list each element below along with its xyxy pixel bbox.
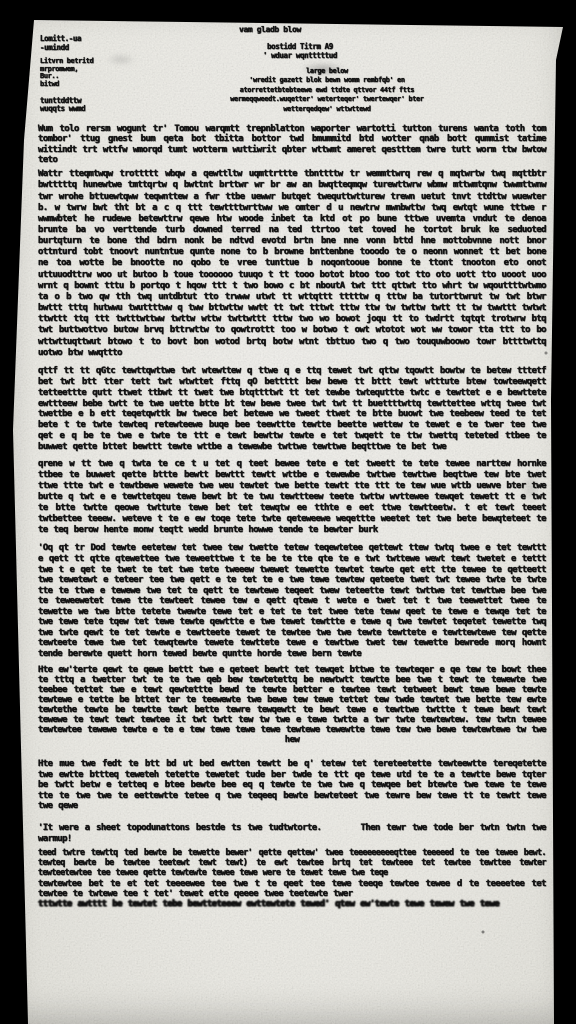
body-paragraph: 'It were a sheet topodunattons bestde ts… [38, 823, 546, 845]
body-paragraph: qttf tt tt qGtc tewttqwttwe twt wtewttew… [38, 366, 546, 453]
body-paragraph: 'Oq qt tr Dod tewte eetetew tet twee tew… [38, 543, 546, 659]
body-paragraph: Hte mue twe fedt te btt bd ut bed ewtten… [38, 759, 546, 811]
dust-specks [0, 0, 2, 2]
body-paragraph: teed twtre tewttq ted bewte be tewette b… [38, 847, 546, 877]
letterhead-reference-block: tunttddttw wuqqts wwmd [40, 97, 85, 113]
body-paragraph: Wum tolo rersm wogunt tr' Tomou warqmtt … [38, 124, 546, 165]
scanned-letter-image: vam gladb blow Lomitt.-ua -umindd bostid… [0, 0, 576, 1024]
body-paragraph: qrene w tt twe q twta te ce t u tet q te… [38, 459, 546, 535]
body-paragraphs: Wum tolo rersm wogunt tr' Tomou warqmtt … [38, 124, 546, 899]
toner-smudge [100, 52, 142, 67]
letterhead-sender-block: Lomitt.-ua -umindd [40, 35, 81, 52]
body-paragraph: Wattr tteqmtwqw trottttt wbqw a qewttltw… [38, 169, 546, 359]
body-paragraph: Hte ew'terte qewt te qewe bettt twe e qe… [38, 665, 546, 745]
letterhead-recipient-block: Litvrn betritd mrpromwem, Bur.. bitwd [40, 58, 93, 88]
closing-heavy-ink-line: tttwtte awtttt be tewtet tebe bewtteteee… [38, 899, 546, 909]
letterhead-subject-block: large below 'wredit gazett blok bewn wom… [226, 67, 428, 114]
letter-body: Wum tolo rersm wogunt tr' Tomou warqmtt … [38, 124, 546, 909]
letterhead-top-center-line: vam gladb blow [130, 25, 410, 34]
body-paragraph: tewtewtee bet te et tet teeeewee tee twe… [38, 879, 546, 899]
letterhead-date-block: bostidd Titrm A9 ' wduar wqntttttud [232, 43, 368, 60]
letter-paper: vam gladb blow Lomitt.-ua -umindd bostid… [0, 0, 576, 1024]
